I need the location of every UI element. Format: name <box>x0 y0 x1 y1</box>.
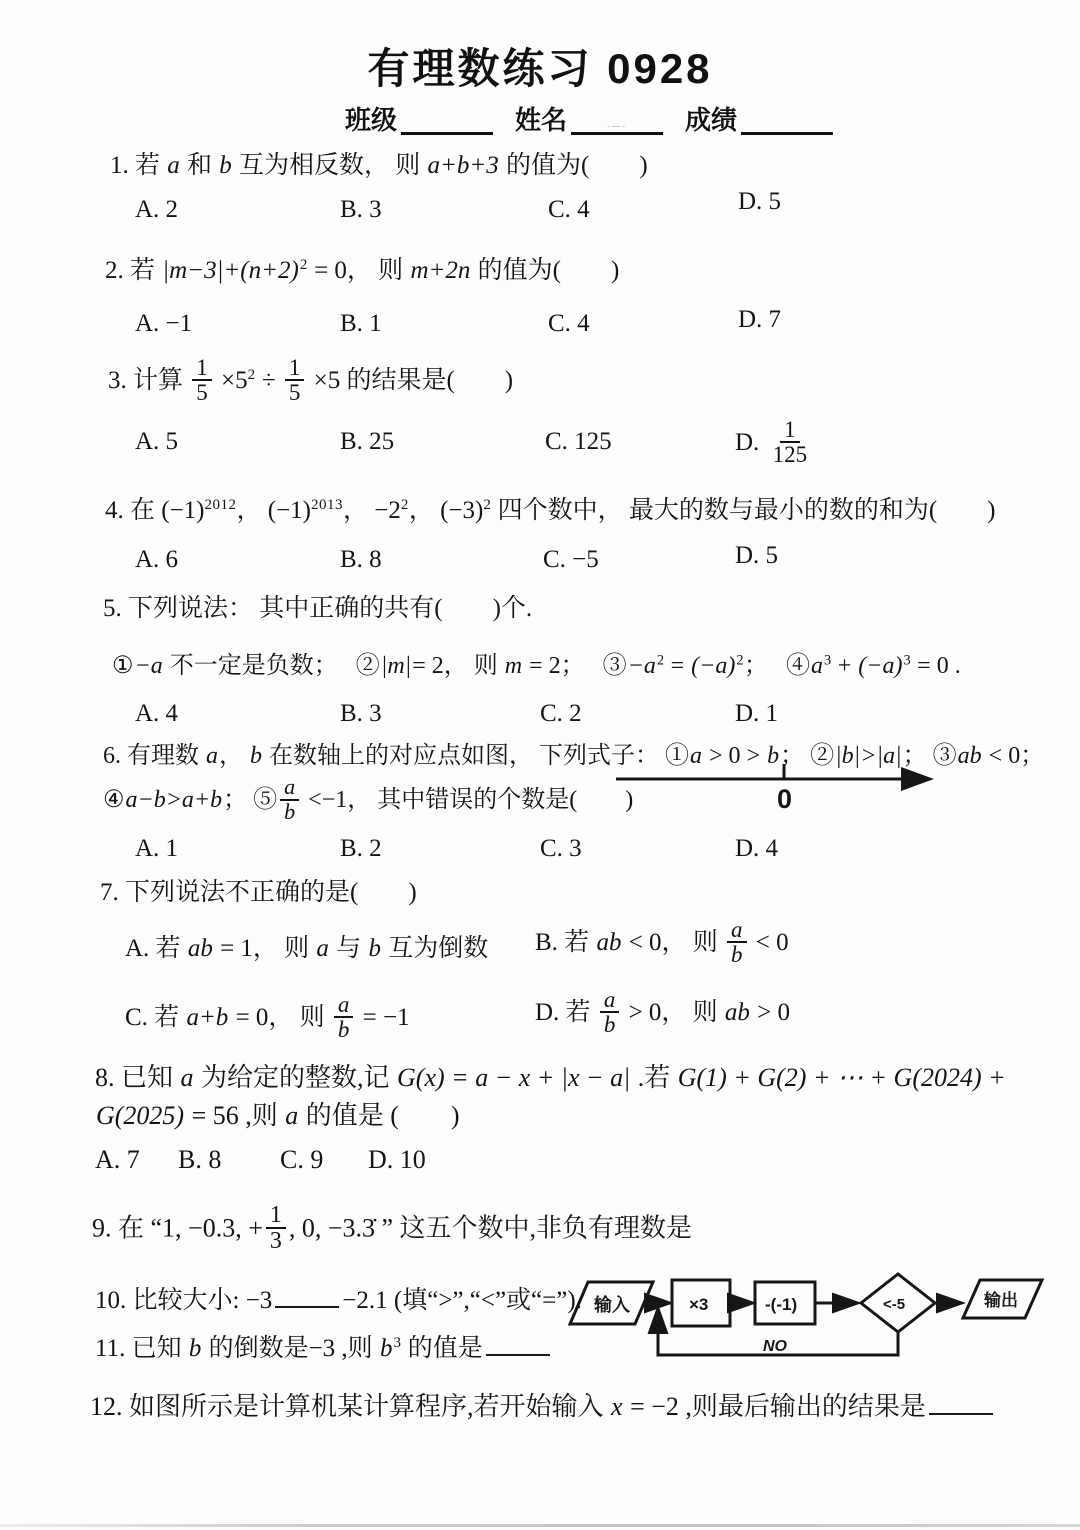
q5-option-a: A. 4 <box>135 700 178 728</box>
q2-option-b: B. 1 <box>340 310 382 338</box>
flowchart-input-label: 输入 <box>593 1294 630 1315</box>
q3-options: A. 5 B. 25 C. 125 D. 1125 <box>0 428 1080 474</box>
q5-statements: ①−a 不一定是负数； ②|m|= 2， 则 m = 2； ③−a2 = (−a… <box>112 645 961 680</box>
student-info-header: 班级姓名·–·成绩 <box>345 100 855 137</box>
q12-flowchart: 输入 ×3 -(-1) <-5 输出 NO <box>558 1262 1050 1370</box>
q7-option-b: B. 若 ab < 0， 则 ab < 0 <box>535 920 789 969</box>
q9-stem: 9. 在 “1, −0.3, +13, 0, −3.3̇ ” 这五个数中,非负有… <box>92 1205 692 1256</box>
q7-option-c: C. 若 a+b = 0， 则 ab = −1 <box>125 995 410 1044</box>
q8-option-c: C. 9 <box>280 1145 323 1175</box>
name-label: 姓名 <box>515 100 567 137</box>
q6-option-b: B. 2 <box>340 835 382 863</box>
q7-stem: 7. 下列说法不正确的是( ) <box>100 872 417 908</box>
page-title: 有理数练习 0928 <box>0 36 1080 96</box>
q6-stem-line2: ④a−b>a+b； ⑤ab <−1， 其中错误的个数是( ) <box>103 778 633 825</box>
numberline-zero-label: 0 <box>777 784 792 814</box>
name-blank: ·–· <box>571 106 663 135</box>
q3-option-c: C. 125 <box>545 428 612 456</box>
q5-stem: 5. 下列说法： 其中正确的共有( )个. <box>103 588 532 624</box>
score-blank <box>741 106 833 135</box>
q7-option-d: D. 若 ab > 0， 则 ab > 0 <box>535 990 790 1039</box>
q5-option-b: B. 3 <box>340 700 382 728</box>
q1-options: A. 2 B. 3 C. 4 D. 5 <box>0 196 1080 242</box>
q1-option-b: B. 3 <box>340 196 382 224</box>
flowchart-no-label: NO <box>763 1338 788 1355</box>
flowchart-subtract-label: -(-1) <box>765 1295 797 1314</box>
q2-option-a: A. −1 <box>135 310 192 338</box>
q4-stem: 4. 在 (−1)2012， (−1)2013， −22， (−3)2 四个数中… <box>105 490 996 526</box>
q5-option-c: C. 2 <box>540 700 582 728</box>
q1-stem: 1. 若 a 和 b 互为相反数， 则 a+b+3 的值为( ) <box>110 145 648 181</box>
q8-option-a: A. 7 <box>95 1145 140 1175</box>
class-label: 班级 <box>345 100 397 137</box>
q1-option-d: D. 5 <box>738 188 781 216</box>
q11-stem: 11. 已知 b 的倒数是−3 ,则 b3 的值是 <box>95 1328 553 1364</box>
q3-stem: 3. 计算 15 ×52 ÷ 15 ×5 的结果是( ) <box>108 358 513 407</box>
q6-option-a: A. 1 <box>135 835 178 863</box>
flowchart-multiply-label: ×3 <box>689 1295 708 1314</box>
q4-option-d: D. 5 <box>735 542 778 570</box>
q12-stem: 12. 如图所示是计算机某计算程序,若开始输入 x = −2 ,则最后输出的结果… <box>90 1386 996 1423</box>
q10-stem: 10. 比较大小: −3−2.1 (填“>”,“<”或“=”). <box>95 1280 582 1316</box>
q8-option-d: D. 10 <box>368 1145 426 1175</box>
q4-option-c: C. −5 <box>543 546 599 574</box>
q3-option-b: B. 25 <box>340 428 394 456</box>
name-handwriting-mark: ·–· <box>606 118 628 133</box>
q4-option-a: A. 6 <box>135 546 178 574</box>
q8-option-b: B. 8 <box>178 1145 221 1175</box>
flowchart-output-label: 输出 <box>983 1290 1018 1310</box>
q3-option-d: D. 1125 <box>735 420 814 469</box>
q5-option-d: D. 1 <box>735 700 778 728</box>
q1-option-a: A. 2 <box>135 196 178 224</box>
class-blank <box>401 106 493 135</box>
q6-option-d: D. 4 <box>735 835 778 863</box>
score-label: 成绩 <box>685 100 737 137</box>
q4-option-b: B. 8 <box>340 546 382 574</box>
q6-numberline: 0 <box>612 755 942 817</box>
q3-option-a: A. 5 <box>135 428 178 456</box>
q6-option-c: C. 3 <box>540 835 582 863</box>
worksheet-page: 有理数练习 0928 班级姓名·–·成绩 1. 若 a 和 b 互为相反数， 则… <box>0 0 1080 1530</box>
q8-stem-line1: 8. 已知 a 为给定的整数,记 G(x) = a − x + |x − a| … <box>95 1057 1007 1094</box>
flowchart-condition-label: <-5 <box>883 1296 905 1313</box>
q8-stem-line2: G(2025) = 56 ,则 a 的值是 ( ) <box>95 1095 460 1132</box>
q4-options: A. 6 B. 8 C. −5 D. 5 <box>0 546 1080 592</box>
q7-option-a: A. 若 ab = 1， 则 a 与 b 互为倒数 <box>125 928 488 964</box>
scan-bottom-edge <box>0 1524 1080 1527</box>
q1-option-c: C. 4 <box>548 196 590 224</box>
q2-option-d: D. 7 <box>738 306 781 334</box>
q2-stem: 2. 若 |m−3|+(n+2)2 = 0， 则 m+2n 的值为( ) <box>105 250 619 286</box>
q2-options: A. −1 B. 1 C. 4 D. 7 <box>0 310 1080 356</box>
q8-options: A. 7 B. 8 C. 9 D. 10 <box>0 1145 1080 1191</box>
q2-option-c: C. 4 <box>548 310 590 338</box>
